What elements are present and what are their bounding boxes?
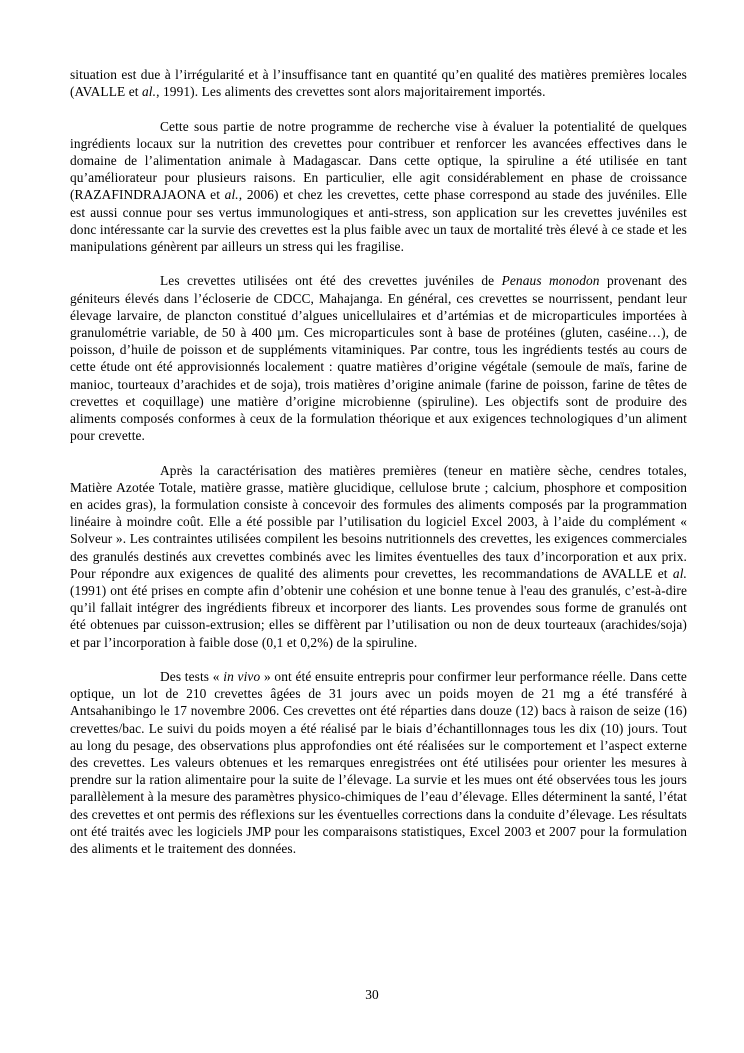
text-run: » ont été ensuite entrepris pour confirm… xyxy=(70,669,687,856)
text-run: al. xyxy=(225,187,239,202)
body-text: situation est due à l’irrégularité et à … xyxy=(70,66,687,857)
text-run: al. xyxy=(673,566,687,581)
text-run: Des tests « xyxy=(160,669,223,684)
paragraph: Les crevettes utilisées ont été des crev… xyxy=(70,272,687,444)
text-run: Penaus monodon xyxy=(502,273,600,288)
paragraph: Des tests « in vivo » ont été ensuite en… xyxy=(70,668,687,857)
text-run: Les crevettes utilisées ont été des crev… xyxy=(160,273,502,288)
paragraph: situation est due à l’irrégularité et à … xyxy=(70,66,687,100)
text-run: in vivo xyxy=(223,669,260,684)
paragraph: Après la caractérisation des matières pr… xyxy=(70,462,687,651)
text-run: Après la caractérisation des matières pr… xyxy=(70,463,687,581)
page-number: 30 xyxy=(0,986,744,1003)
document-page: situation est due à l’irrégularité et à … xyxy=(0,0,744,1053)
text-run: al. xyxy=(142,84,156,99)
text-run: , 1991). Les aliments des crevettes sont… xyxy=(156,84,545,99)
paragraph: Cette sous partie de notre programme de … xyxy=(70,118,687,256)
text-run: (1991) ont été prises en compte afin d’o… xyxy=(70,583,687,650)
text-run: provenant des géniteurs élevés dans l’éc… xyxy=(70,273,687,443)
